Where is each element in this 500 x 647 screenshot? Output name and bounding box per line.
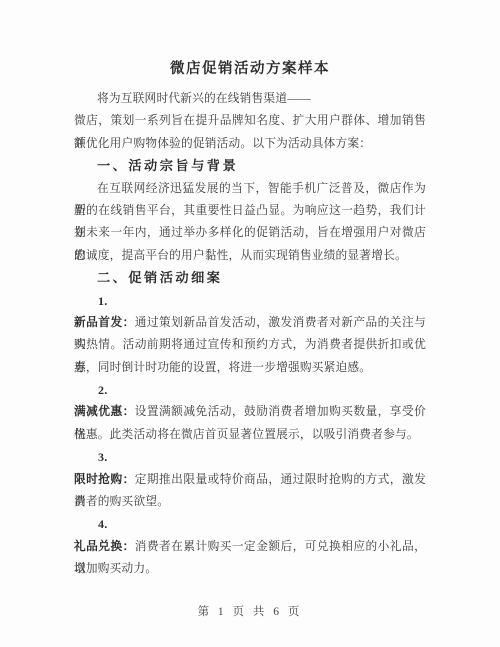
run-in-label-gift-exchange: 礼品兑换： [74, 540, 135, 553]
paragraph-line: 增加购买动力。 [74, 558, 426, 580]
paragraph-line: 并优化用户购物体验的促销活动。以下为活动具体方案： [74, 133, 426, 155]
run-in-label-flash-sale: 限时抢购： [74, 473, 135, 486]
run-in-label-full-reduction: 满减优惠： [74, 405, 135, 418]
paragraph-line: 微店，策划一系列旨在提升品牌知名度、扩大用户群体、增加销售额 [74, 110, 426, 132]
document-content: 微店促销活动方案样本 将为互联网时代新兴的在线销售渠道—— 微店，策划一系列旨在… [74, 56, 426, 581]
paragraph-line: 将为互联网时代新兴的在线销售渠道—— [74, 88, 426, 110]
list-number-2: 2. [74, 379, 426, 401]
paragraph-line: 礼品兑换：消费者在累计购买一定金额后，可兑换相应的小礼品，以 [74, 536, 426, 558]
paragraph-line: 新品首发：通过策划新品首发活动，激发消费者对新产品的关注与购 [74, 312, 426, 334]
paragraph-line: 满减优惠：设置满额减免活动，鼓励消费者增加购买数量，享受价格 [74, 401, 426, 423]
section-heading-1: 一、活动宗旨与背景 [74, 155, 426, 177]
run-in-label-new-product: 新品首发： [74, 316, 135, 329]
list-number-1: 1. [74, 290, 426, 312]
paragraph-line: 忠诚度，提高平台的用户黏性，从而实现销售业绩的显著增长。 [74, 245, 426, 267]
list-number-3: 3. [74, 446, 426, 468]
paragraph-line: 在互联网经济迅猛发展的当下，智能手机广泛普及，微店作为新 [74, 178, 426, 200]
document-title: 微店促销活动方案样本 [74, 56, 426, 82]
paragraph-line: 型的在线销售平台，其重要性日益凸显。为响应这一趋势，我们计划 [74, 200, 426, 222]
list-number-4: 4. [74, 513, 426, 535]
paragraph-line: 限时抢购：定期推出限量或特价商品，通过限时抢购的方式，激发消 [74, 469, 426, 491]
section-heading-2: 二、促销活动细案 [74, 267, 426, 289]
page-number-indicator: 第 1 页 共 6 页 [0, 603, 500, 619]
paragraph-line: 优惠。此类活动将在微店首页显著位置展示，以吸引消费者参与。 [74, 424, 426, 446]
paragraph-line: 在未来一年内，通过举办多样化的促销活动，旨在增强用户对微店的 [74, 222, 426, 244]
paragraph-line: 买热情。活动前期将通过宣传和预约方式，为消费者提供折扣或优惠 [74, 334, 426, 356]
document-page: 微店促销活动方案样本 将为互联网时代新兴的在线销售渠道—— 微店，策划一系列旨在… [0, 0, 500, 647]
paragraph-line: 费者的购买欲望。 [74, 491, 426, 513]
paragraph-line: 券，同时倒计时功能的设置，将进一步增强购买紧迫感。 [74, 357, 426, 379]
